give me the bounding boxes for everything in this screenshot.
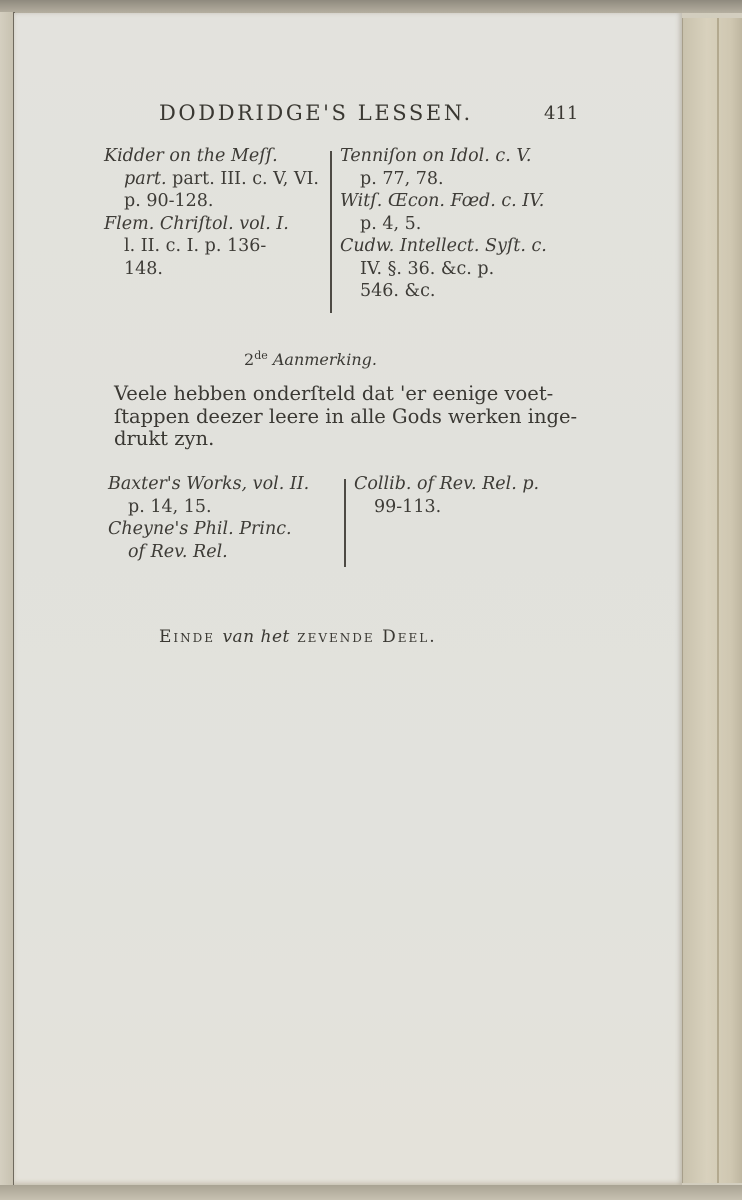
reference-entry: Baxter's Works, vol. II. p. 14, 15. [108,473,340,518]
reference-author: Kidder on the Meſſ. [104,145,329,168]
reference-detail: part. part. III. c. V, VI. [104,168,329,191]
section-subheading: 2de Aanmerking. [244,349,377,369]
reference-detail: 99-113. [354,496,594,519]
reference-entry: Witſ. Œcon. Fœd. c. IV. p. 4, 5. [340,190,565,235]
book-page: DODDRIDGE'S LESSEN. 411 Kidder on the Me… [14,13,682,1185]
reference-detail: p. 90-128. [104,190,329,213]
column-divider [330,151,332,313]
reference-author: Tenniſon on Idol. c. V. [340,145,565,168]
reference-detail: 546. &c. [340,280,565,303]
cover-right-edge [682,18,742,1183]
reference-detail: p. 4, 5. [340,213,565,236]
reference-column-right: Tenniſon on Idol. c. V. p. 77, 78. Witſ.… [340,145,565,303]
reference-author: Baxter's Works, vol. II. [108,473,340,496]
paragraph-line: drukt zyn. [114,428,584,451]
cover-bottom-edge [0,1185,742,1200]
reference-block-1: Kidder on the Meſſ. part. part. III. c. … [104,145,664,325]
running-head: DODDRIDGE'S LESSEN. [159,101,473,125]
colophon-deel: Deel. [382,627,437,647]
cover-fold-line [717,18,719,1183]
cover-top-edge [0,0,742,13]
column-divider [344,479,346,567]
reference-author: Flem. Chriſtol. vol. I. [104,213,329,236]
colophon-van-het: van het [222,627,289,647]
reference-entry: Cudw. Intellect. Syſt. c. IV. §. 36. &c.… [340,235,565,303]
reference-author: Witſ. Œcon. Fœd. c. IV. [340,190,565,213]
reference-entry: Collib. of Rev. Rel. p. 99-113. [354,473,594,518]
reference-entry: Tenniſon on Idol. c. V. p. 77, 78. [340,145,565,190]
reference-author: Collib. of Rev. Rel. p. [354,473,594,496]
subheading-ordinal-suffix: de [254,349,268,362]
paragraph-line: ſtappen deezer leere in alle Gods werken… [114,406,584,429]
paragraph-line: Veele hebben onderſteld dat 'er eenige v… [114,383,584,406]
reference-author: Cheyne's Phil. Princ. [108,518,340,541]
reference-detail: p. 14, 15. [108,496,340,519]
colophon: Einde van het zevende Deel. [159,627,437,647]
reference-detail: IV. §. 36. &c. p. [340,258,565,281]
reference-detail: p. 77, 78. [340,168,565,191]
subheading-title: Aanmerking. [273,350,377,369]
reference-block-2: Baxter's Works, vol. II. p. 14, 15. Chey… [108,473,668,573]
reference-column-left: Baxter's Works, vol. II. p. 14, 15. Chey… [108,473,340,563]
cover-left-edge [0,12,15,1187]
reference-column-right: Collib. of Rev. Rel. p. 99-113. [354,473,594,518]
body-paragraph: Veele hebben onderſteld dat 'er eenige v… [114,383,584,451]
reference-detail: of Rev. Rel. [108,541,340,564]
reference-detail: l. II. c. I. p. 136- [104,235,329,258]
reference-detail: 148. [104,258,329,281]
reference-column-left: Kidder on the Meſſ. part. part. III. c. … [104,145,329,280]
reference-entry: Kidder on the Meſſ. part. part. III. c. … [104,145,329,213]
subheading-ordinal: 2 [244,350,254,369]
colophon-zevende: zevende [297,627,374,647]
page-content: DODDRIDGE'S LESSEN. 411 Kidder on the Me… [14,13,682,1185]
colophon-einde: Einde [159,627,215,647]
reference-entry: Cheyne's Phil. Princ. of Rev. Rel. [108,518,340,563]
reference-entry: Flem. Chriſtol. vol. I. l. II. c. I. p. … [104,213,329,281]
reference-author: Cudw. Intellect. Syſt. c. [340,235,565,258]
page-number: 411 [544,103,578,124]
